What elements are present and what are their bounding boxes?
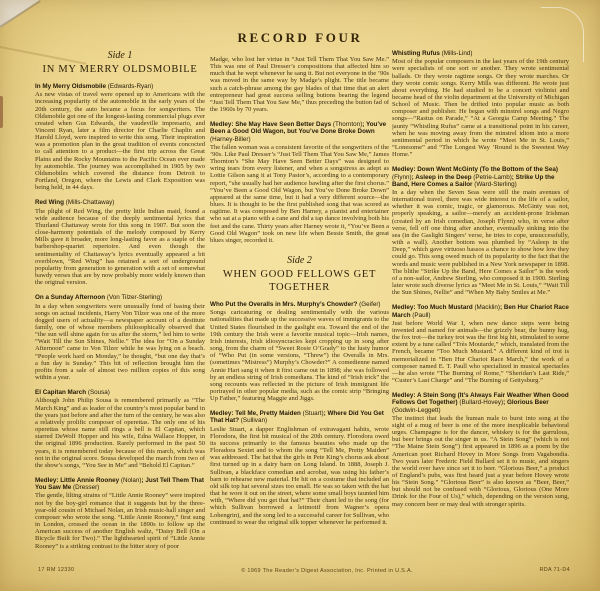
continuation-paragraph: Madge, who lost her virtue in “Just Tell… (210, 56, 389, 113)
song-entry: Whistling Rufus (Mills-Lind)Most of the … (392, 50, 569, 158)
song-entry-body: Just before World War I, when new dance … (392, 320, 569, 384)
jacket-edge-fleck (0, 96, 3, 128)
liner-notes-column-3: Whistling Rufus (Mills-Lind)Most of the … (392, 50, 569, 552)
song-entry-heading: El Capitan March (Sousa) (35, 389, 205, 396)
copyright-notice: © 1969 The Reader’s Digest Association, … (241, 568, 413, 574)
song-entry-body: Madge, who lost her virtue in “Just Tell… (210, 56, 389, 113)
song-entry: In My Merry Oldsmobile (Edwards-Ryan)As … (35, 83, 205, 191)
song-entry-body: In a day when the Seven Seas were still … (392, 189, 569, 296)
song-entry-body: The gentle, lilting strains of “Little A… (35, 492, 205, 549)
side-title: IN MY MERRY OLDSMOBILE (35, 63, 205, 76)
song-entry-body: Although John Philip Sousa is remembered… (35, 397, 205, 469)
record-title: RECORD FOUR (0, 30, 600, 46)
side-title: WHEN GOOD FELLOWS GET TOGETHER (210, 268, 389, 294)
song-entry-heading: Medley: Down Went McGinty (To the Bottom… (392, 166, 569, 188)
song-entry: Medley: Too Much Mustard (Macklin); Ben … (392, 304, 569, 384)
song-entry: Medley: A Stein Song (It’s Always Fair W… (392, 392, 569, 508)
song-entry-heading: Medley: Little Annie Rooney (Nolan); Jus… (35, 477, 205, 491)
song-entry: Medley: Little Annie Rooney (Nolan); Jus… (35, 477, 205, 550)
song-entry: Medley: She May Have Seen Better Days (T… (210, 121, 389, 244)
song-entry: Medley: Tell Me, Pretty Maiden (Stuart);… (210, 410, 389, 526)
song-entry-body: The plight of Red Wing, the pretty littl… (35, 208, 205, 287)
song-entry-body: Songs caricaturing or dealing sentimenta… (210, 309, 389, 402)
song-entry-heading: On a Sunday Afternoon (Von Tilzer-Sterli… (35, 294, 205, 301)
song-entry-body: As new vistas of travel were opened up t… (35, 91, 205, 191)
song-entry-body: Most of the popular composers in the las… (392, 58, 569, 158)
catalog-number: 17 RM 12330 (38, 567, 74, 573)
song-entry-heading: In My Merry Oldsmobile (Edwards-Ryan) (35, 83, 205, 90)
side-header: Side 1IN MY MERRY OLDSMOBILE (35, 50, 205, 76)
song-entry-body: The fallen woman was a consistent favori… (210, 144, 389, 244)
song-entry: On a Sunday Afternoon (Von Tilzer-Sterli… (35, 294, 205, 381)
sleeve-code: RDA 71-D4 (539, 567, 570, 573)
liner-notes-column-2: Madge, who lost her virtue in “Just Tell… (210, 56, 389, 558)
song-entry-heading: Medley: Too Much Mustard (Macklin); Ben … (392, 304, 569, 318)
song-entry-heading: Medley: She May Have Seen Better Days (T… (210, 121, 389, 143)
song-entry-heading: Red Wing (Mills-Chattaway) (35, 199, 205, 206)
side-label: Side 2 (210, 255, 389, 267)
song-entry-heading: Whistling Rufus (Mills-Lind) (392, 50, 569, 57)
song-entry: Medley: Down Went McGinty (To the Bottom… (392, 166, 569, 296)
song-entry-body: The instinct that leads the human male t… (392, 415, 569, 508)
record-sleeve-back: { "header": { "title": "RECORD FOUR" }, … (0, 0, 600, 591)
song-entry-heading: Medley: Tell Me, Pretty Maiden (Stuart);… (210, 410, 389, 424)
song-entry-heading: Who Put the Overalls in Mrs. Murphy’s Ch… (210, 301, 389, 308)
song-entry: El Capitan March (Sousa)Although John Ph… (35, 389, 205, 469)
side-label: Side 1 (35, 50, 205, 62)
song-entry-body: In a day when songwriters were unusually… (35, 303, 205, 382)
liner-notes-column-1: Side 1IN MY MERRY OLDSMOBILEIn My Merry … (35, 50, 205, 552)
side-header: Side 2WHEN GOOD FELLOWS GET TOGETHER (210, 255, 389, 294)
song-entry: Who Put the Overalls in Mrs. Murphy’s Ch… (210, 301, 389, 402)
song-entry-heading: Medley: A Stein Song (It’s Always Fair W… (392, 392, 569, 414)
song-entry-body: Leslie Stuart, a dapper Englishman of ex… (210, 426, 389, 526)
song-entry: Red Wing (Mills-Chattaway)The plight of … (35, 199, 205, 286)
